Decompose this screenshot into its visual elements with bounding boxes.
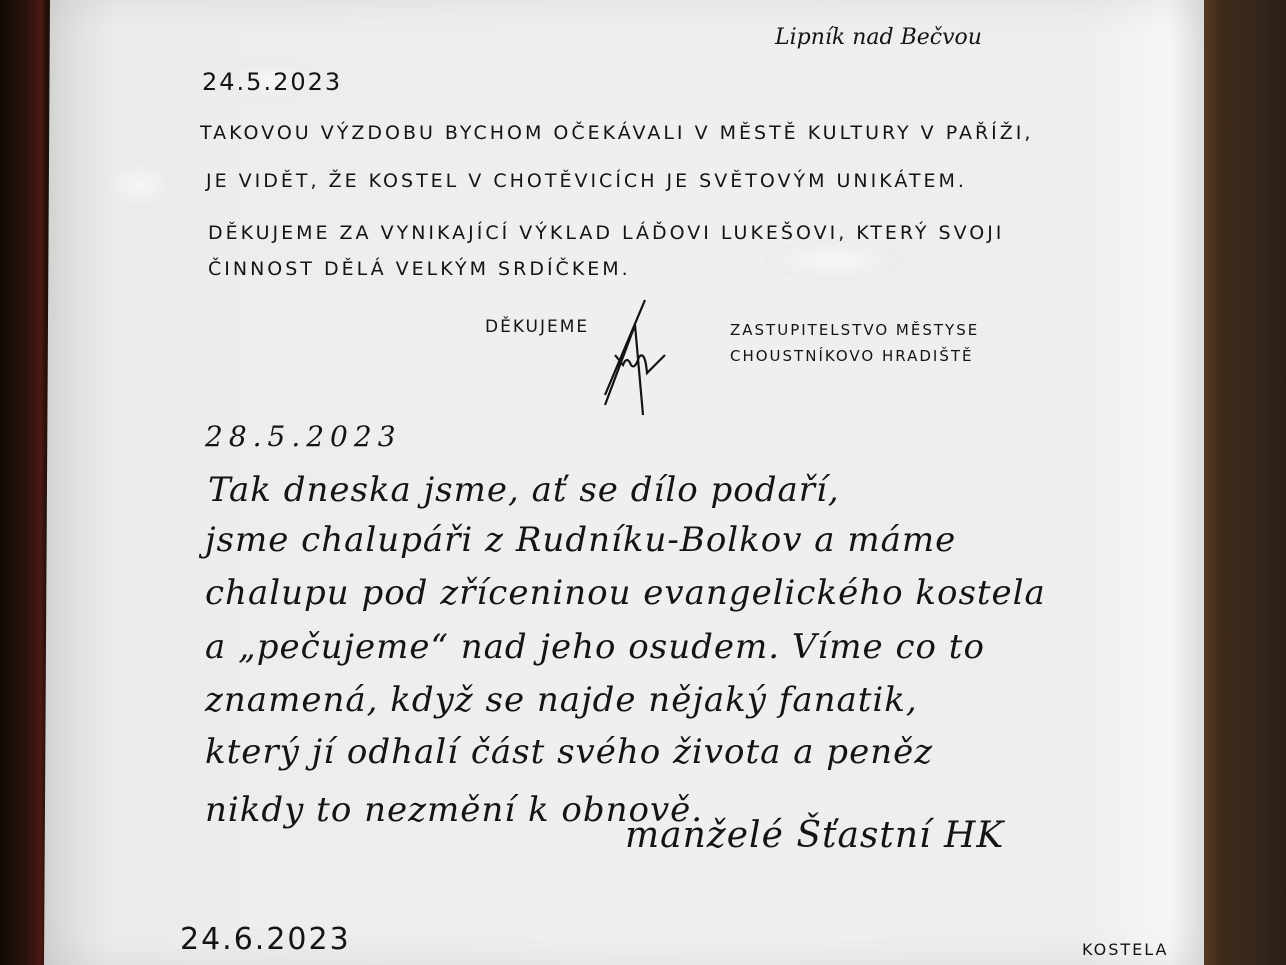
entry-1-signatory: ZASTUPITELSTVO MĚSTYSE (730, 321, 979, 339)
entry-2-line: chalupu pod zříceninou evangelického kos… (205, 573, 1046, 613)
entry-1-date: 24.5.2023 (202, 68, 342, 96)
entry-1-signature-mark (595, 295, 675, 425)
entry-3-date: 24.6.2023 (180, 922, 351, 957)
entry-1-signatory: CHOUSTNÍKOVO HRADIŠTĚ (730, 347, 974, 365)
entry-2-line: jsme chalupáři z Rudníku-Bolkov a máme (205, 520, 956, 560)
entry-1-line: ČINNOST DĚLÁ VELKÝM SRDÍČKEM. (208, 258, 631, 280)
location-header: Lipník nad Bečvou (775, 25, 982, 50)
book-edge-right (1200, 0, 1286, 965)
entry-1-closing: DĚKUJEME (485, 317, 589, 337)
paper-emboss (764, 240, 904, 280)
entry-1-line: DĚKUJEME ZA VYNIKAJÍCÍ VÝKLAD LÁĎOVI LUK… (208, 222, 1004, 244)
entry-2-date: 28.5.2023 (205, 420, 402, 453)
paper-emboss (104, 160, 174, 210)
book-binding-left (0, 0, 48, 965)
entry-3-partial-text: KOSTELA (1082, 940, 1168, 959)
entry-2-signature: manželé Šťastní HK (625, 815, 1004, 856)
entry-2-line: a „pečujeme“ nad jeho osudem. Víme co to (205, 627, 985, 667)
entry-1-line: JE VIDĚT, ŽE KOSTEL V CHOTĚVICÍCH JE SVĚ… (206, 170, 967, 192)
entry-2-line: který jí odhalí část svého života a peně… (205, 732, 933, 772)
entry-2-line: Tak dneska jsme, ať se dílo podaří, (208, 470, 840, 510)
entry-2-line: znamená, když se najde nějaký fanatik, (205, 680, 918, 720)
entry-1-line: TAKOVOU VÝZDOBU BYCHOM OČEKÁVALI V MĚSTĚ… (200, 122, 1033, 144)
